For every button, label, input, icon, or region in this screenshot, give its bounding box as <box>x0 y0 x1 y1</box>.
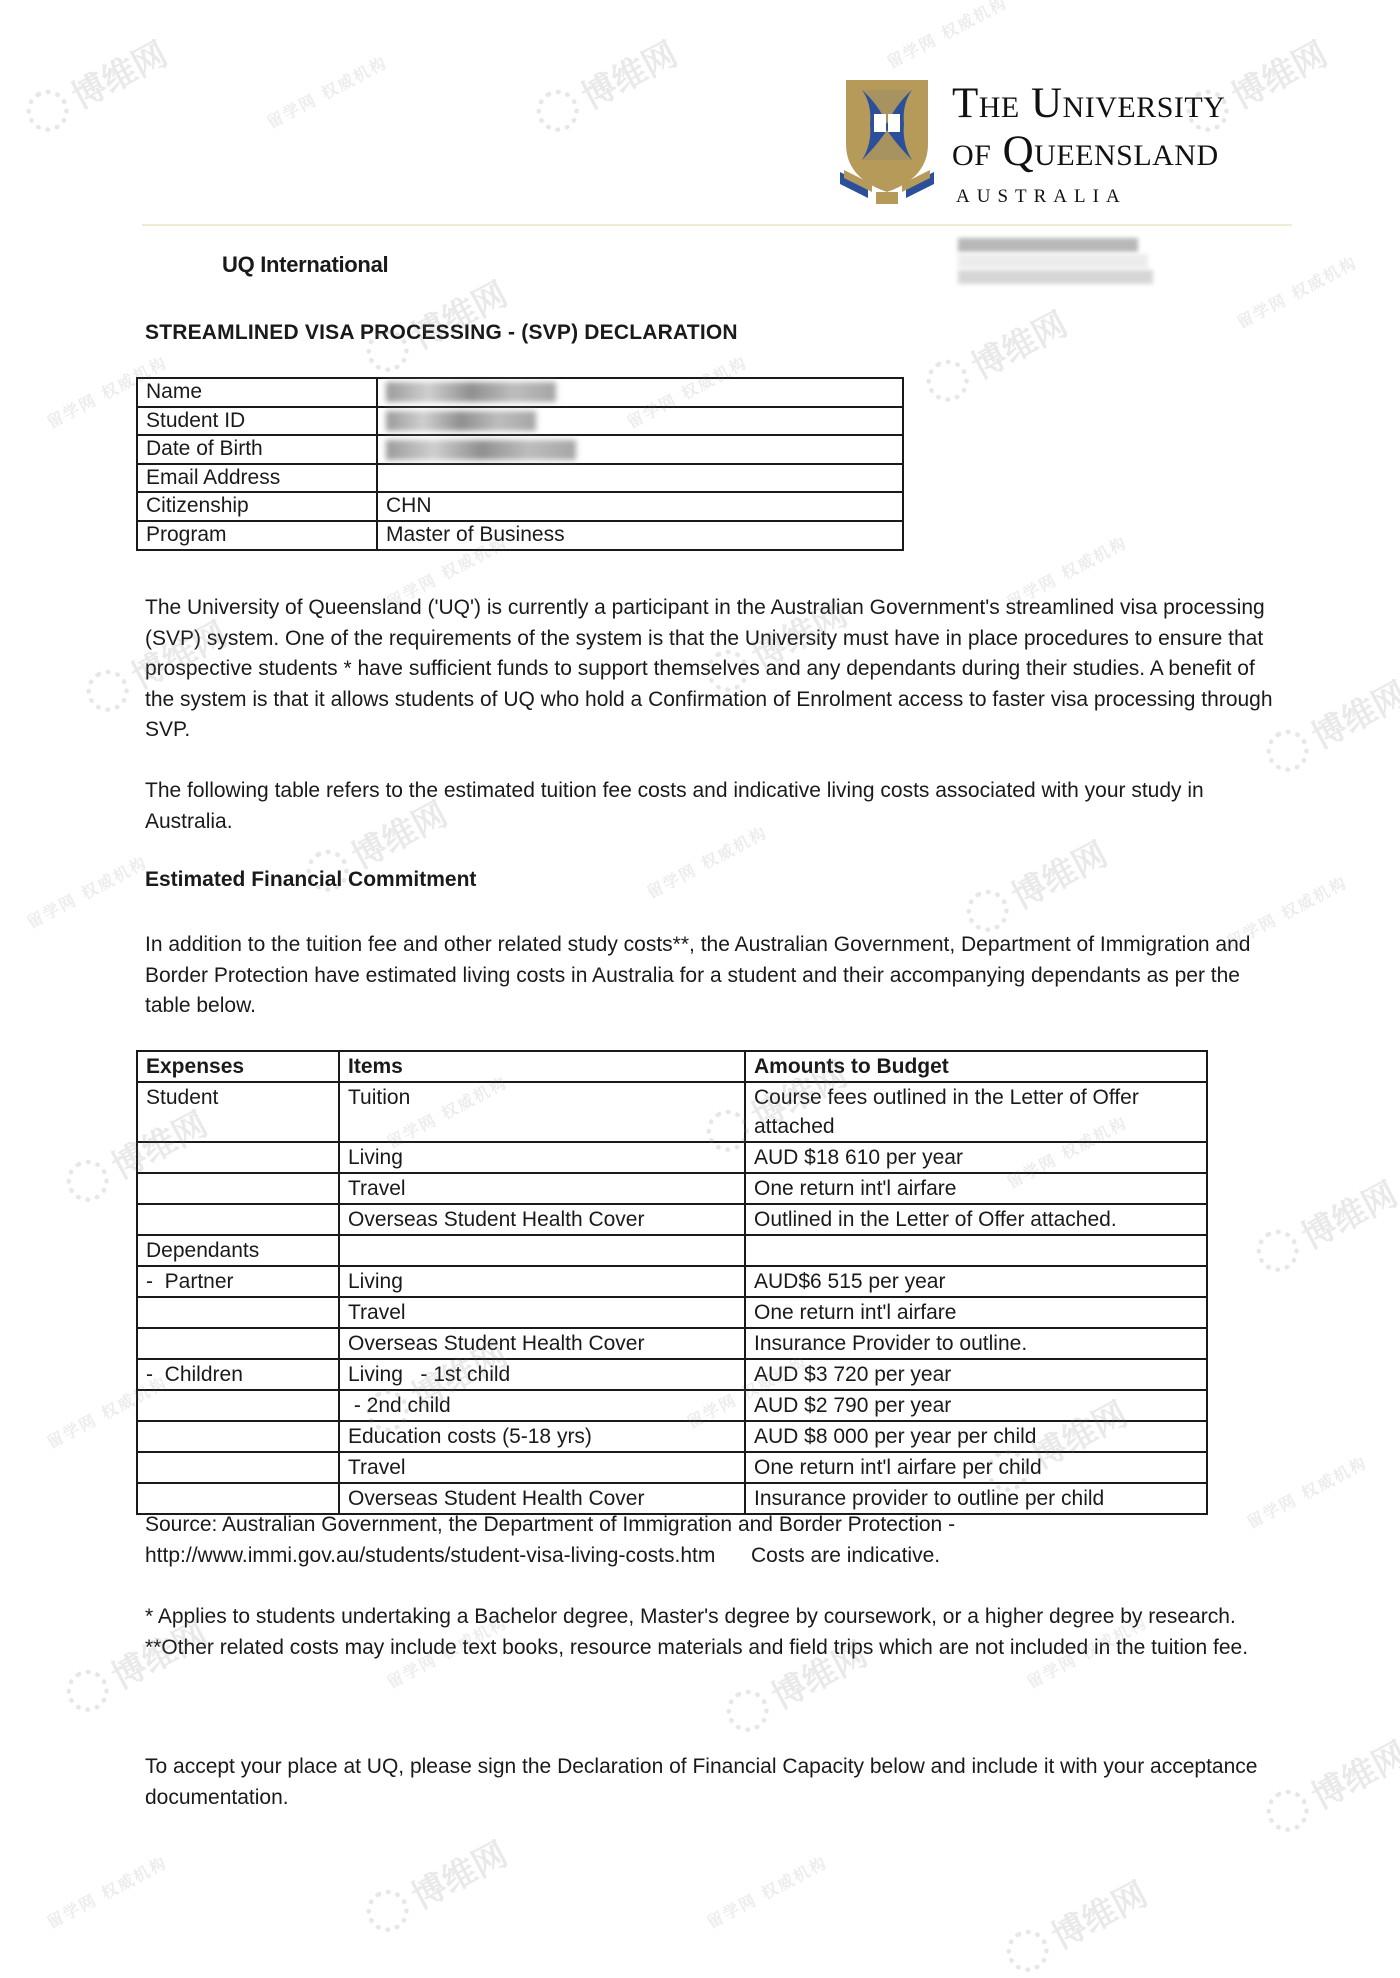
watermark: 博维网 <box>957 827 1114 942</box>
table-cell: AUD$6 515 per year <box>745 1266 1207 1297</box>
student-detail-row: Student ID <box>137 407 903 436</box>
detail-value <box>377 407 903 436</box>
table-cell: Course fees outlined in the Letter of Of… <box>745 1082 1207 1142</box>
table-cell: Insurance Provider to outline. <box>745 1328 1207 1359</box>
watermark-seal-icon <box>529 82 586 139</box>
student-detail-row: Name <box>137 378 903 407</box>
table-row: Dependants <box>137 1235 1207 1266</box>
watermark: 留学网 权威机构 <box>702 1850 831 1933</box>
table-cell: Outlined in the Letter of Offer attached… <box>745 1204 1207 1235</box>
watermark: 博维网 <box>1257 1727 1400 1842</box>
footnote-1: * Applies to students undertaking a Bach… <box>145 1602 1275 1633</box>
watermark: 博维网 <box>1247 1167 1400 1282</box>
watermark-seal-icon <box>79 662 136 719</box>
table-cell: AUD $3 720 per year <box>745 1359 1207 1390</box>
organisation-name: UQ International <box>222 252 388 278</box>
watermark-seal-icon <box>19 82 76 139</box>
table-cell: Student <box>137 1082 339 1142</box>
intro-paragraph: The University of Queensland ('UQ') is c… <box>145 593 1275 746</box>
detail-value <box>377 378 903 407</box>
table-cell <box>137 1421 339 1452</box>
watermark: 留学网 权威机构 <box>882 0 1011 73</box>
watermark-seal-icon <box>59 1152 116 1209</box>
table-cell: Travel <box>339 1452 745 1483</box>
watermark: 留学网 权威机构 <box>1232 250 1361 333</box>
watermark: 博维网 <box>917 297 1074 412</box>
table-cell: - Partner <box>137 1266 339 1297</box>
watermark-seal-icon <box>999 1922 1056 1978</box>
watermark: 博维网 <box>1257 667 1400 782</box>
table-cell: AUD $18 610 per year <box>745 1142 1207 1173</box>
column-header: Items <box>339 1051 745 1082</box>
detail-label: Name <box>137 378 377 407</box>
header-divider <box>142 224 1292 226</box>
table-cell: Overseas Student Health Cover <box>339 1204 745 1235</box>
table-cell <box>137 1204 339 1235</box>
watermark: 博维网 <box>527 27 684 142</box>
student-detail-row: Email Address <box>137 464 903 493</box>
source-citation: Source: Australian Government, the Depar… <box>145 1510 1275 1571</box>
detail-label: Student ID <box>137 407 377 436</box>
detail-label: Email Address <box>137 464 377 493</box>
table-cell: - 2nd child <box>339 1390 745 1421</box>
detail-label: Date of Birth <box>137 435 377 464</box>
table-row: Education costs (5-18 yrs)AUD $8 000 per… <box>137 1421 1207 1452</box>
logo-title-line1: The University <box>952 80 1225 128</box>
table-cell <box>137 1452 339 1483</box>
student-detail-row: ProgramMaster of Business <box>137 521 903 550</box>
student-detail-row: Date of Birth <box>137 435 903 464</box>
logo-title-line2: of Queensland <box>952 128 1225 176</box>
table-row: TravelOne return int'l airfare <box>137 1173 1207 1204</box>
table-cell: AUD $8 000 per year per child <box>745 1421 1207 1452</box>
table-row: - 2nd childAUD $2 790 per year <box>137 1390 1207 1421</box>
source-note: Costs are indicative. <box>751 1544 940 1567</box>
table-cell <box>137 1142 339 1173</box>
logo-country: AUSTRALIA <box>956 186 1225 208</box>
watermark-text: 博维网 <box>402 1827 515 1918</box>
redacted-value <box>386 411 536 431</box>
table-row: - ChildrenLiving - 1st childAUD $3 720 p… <box>137 1359 1207 1390</box>
watermark-text: 留学网 权威机构 <box>42 1850 171 1933</box>
watermark-text: 博维网 <box>1302 667 1400 758</box>
table-cell <box>137 1297 339 1328</box>
table-cell: Living <box>339 1266 745 1297</box>
table-cell: One return int'l airfare <box>745 1297 1207 1328</box>
student-detail-row: CitizenshipCHN <box>137 492 903 521</box>
table-cell: Living - 1st child <box>339 1359 745 1390</box>
watermark-seal-icon <box>359 1882 416 1939</box>
detail-value: Master of Business <box>377 521 903 550</box>
redacted-value <box>386 440 576 460</box>
table-cell: One return int'l airfare per child <box>745 1452 1207 1483</box>
source-url: http://www.immi.gov.au/students/student-… <box>145 1544 715 1567</box>
watermark-seal-icon <box>719 1682 776 1739</box>
watermark-text: 留学网 权威机构 <box>22 850 151 933</box>
table-cell: - Children <box>137 1359 339 1390</box>
footnotes: * Applies to students undertaking a Bach… <box>145 1602 1275 1663</box>
watermark-text: 博维网 <box>1302 1727 1400 1818</box>
table-cell: Education costs (5-18 yrs) <box>339 1421 745 1452</box>
section-heading: Estimated Financial Commitment <box>145 868 476 892</box>
watermark-seal-icon <box>919 352 976 409</box>
living-costs-paragraph: In addition to the tuition fee and other… <box>145 930 1275 1022</box>
watermark: 博维网 <box>357 1827 514 1942</box>
university-logo: The University of Queensland AUSTRALIA <box>838 74 1225 208</box>
column-header: Expenses <box>137 1051 339 1082</box>
watermark: 留学网 权威机构 <box>22 850 151 933</box>
table-cell: AUD $2 790 per year <box>745 1390 1207 1421</box>
watermark-text: 博维网 <box>1292 1167 1400 1258</box>
table-cell <box>137 1390 339 1421</box>
watermark-text: 博维网 <box>1002 827 1115 918</box>
financial-commitment-table: ExpensesItemsAmounts to Budget StudentTu… <box>136 1050 1208 1515</box>
table-row: LivingAUD $18 610 per year <box>137 1142 1207 1173</box>
student-details-table: NameStudent IDDate of BirthEmail Address… <box>136 377 904 551</box>
table-cell <box>137 1328 339 1359</box>
table-row: TravelOne return int'l airfare <box>137 1297 1207 1328</box>
redacted-reference <box>958 238 1158 286</box>
table-cell: Travel <box>339 1297 745 1328</box>
watermark: 留学网 权威机构 <box>42 1850 171 1933</box>
watermark-seal-icon <box>59 1662 116 1719</box>
watermark-text: 留学网 权威机构 <box>1232 250 1361 333</box>
watermark-seal-icon <box>1249 1222 1306 1279</box>
redacted-value <box>386 382 556 402</box>
source-text: Source: Australian Government, the Depar… <box>145 1510 1275 1541</box>
detail-value: CHN <box>377 492 903 521</box>
table-cell: Overseas Student Health Cover <box>339 1328 745 1359</box>
watermark: 博维网 <box>17 27 174 142</box>
watermark-text: 留学网 权威机构 <box>262 50 391 133</box>
table-cell: Living <box>339 1142 745 1173</box>
table-row: Overseas Student Health CoverInsurance P… <box>137 1328 1207 1359</box>
table-cell <box>745 1235 1207 1266</box>
watermark-text: 博维网 <box>962 297 1075 388</box>
watermark-text: 留学网 权威机构 <box>702 1850 831 1933</box>
table-row: - PartnerLivingAUD$6 515 per year <box>137 1266 1207 1297</box>
watermark: 留学网 权威机构 <box>262 50 391 133</box>
watermark-text: 博维网 <box>1042 1867 1155 1958</box>
table-row: Overseas Student Health CoverOutlined in… <box>137 1204 1207 1235</box>
table-cell: Dependants <box>137 1235 339 1266</box>
page-title: STREAMLINED VISA PROCESSING - (SVP) DECL… <box>145 321 738 345</box>
detail-label: Program <box>137 521 377 550</box>
table-cell <box>339 1235 745 1266</box>
table-cell: Travel <box>339 1173 745 1204</box>
column-header: Amounts to Budget <box>745 1051 1207 1082</box>
detail-value <box>377 435 903 464</box>
table-cell <box>137 1173 339 1204</box>
table-cell: One return int'l airfare <box>745 1173 1207 1204</box>
table-intro-paragraph: The following table refers to the estima… <box>145 776 1275 837</box>
acceptance-instructions: To accept your place at UQ, please sign … <box>145 1752 1275 1813</box>
table-cell: Tuition <box>339 1082 745 1142</box>
footnote-2: **Other related costs may include text b… <box>145 1633 1275 1664</box>
watermark-text: 博维网 <box>62 27 175 118</box>
watermark: 博维网 <box>997 1867 1154 1978</box>
watermark-text: 博维网 <box>1222 27 1335 118</box>
watermark-text: 留学网 权威机构 <box>882 0 1011 73</box>
table-row: StudentTuitionCourse fees outlined in th… <box>137 1082 1207 1142</box>
watermark-text: 博维网 <box>572 27 685 118</box>
table-row: TravelOne return int'l airfare per child <box>137 1452 1207 1483</box>
detail-value <box>377 464 903 493</box>
university-crest-icon <box>838 74 936 208</box>
detail-label: Citizenship <box>137 492 377 521</box>
